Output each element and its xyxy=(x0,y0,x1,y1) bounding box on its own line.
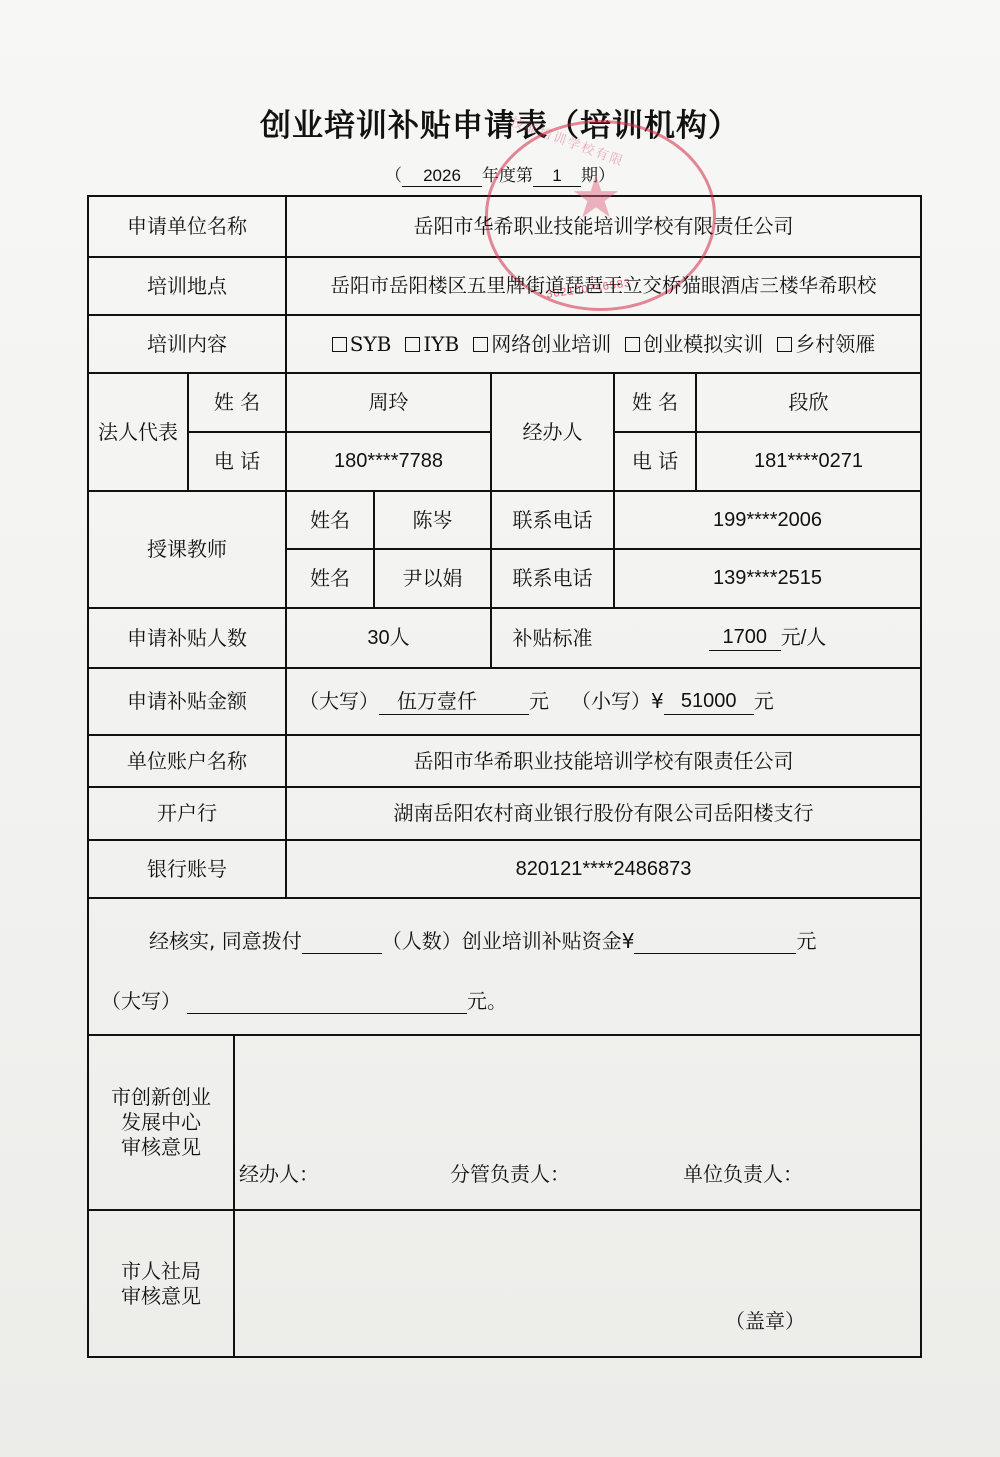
center-review-unit-head: 单位负责人： xyxy=(683,1162,803,1187)
account-number-label: 银行账号 xyxy=(89,841,285,897)
center-review-supervisor: 分管负责人： xyxy=(450,1162,570,1187)
subsidy-standard-label: 补贴标准 xyxy=(492,609,613,667)
legal-rep-phone: 180****7788 xyxy=(287,433,490,490)
approval-upper-amount-field[interactable] xyxy=(187,995,467,1014)
option-online-training[interactable]: 网络创业培训 xyxy=(473,332,611,357)
period-suffix: 期） xyxy=(581,166,615,186)
handler-phone: 181****0271 xyxy=(697,433,920,490)
option-simulation-training[interactable]: 创业模拟实训 xyxy=(625,332,763,357)
training-location-value: 岳阳市岳阳楼区五里牌街道琵琶王立交桥猫眼酒店三楼华希职校 xyxy=(287,258,920,314)
teacher-1-name: 陈岑 xyxy=(375,492,490,548)
period-line: （2026年度第1期） xyxy=(0,161,1000,187)
bank-value: 湖南岳阳农村商业银行股份有限公司岳阳楼支行 xyxy=(287,788,920,839)
period-year-suffix: 年度第 xyxy=(482,166,533,186)
subsidy-standard-unit: 元/人 xyxy=(781,626,827,651)
subsidy-count-label: 申请补贴人数 xyxy=(89,609,285,667)
training-content-options: SYB IYB 网络创业培训 创业模拟实训 乡村领雁 xyxy=(287,316,920,372)
teacher-2-phone: 139****2515 xyxy=(615,550,920,607)
applicant-name-value: 岳阳市华希职业技能培训学校有限责任公司 xyxy=(287,197,920,256)
legal-rep-name: 周玲 xyxy=(287,374,490,431)
period-year: 2026 xyxy=(402,166,482,187)
handler-label: 经办人 xyxy=(492,374,613,490)
period-issue: 1 xyxy=(533,166,581,187)
hrss-review-label: 市人社局 审核意见 xyxy=(89,1211,233,1356)
handler-name: 段欣 xyxy=(697,374,920,431)
subsidy-count-value: 30人 xyxy=(287,609,490,667)
subsidy-amount-value: （大写） 伍万壹仟 元 （小写）¥ 51000 元 xyxy=(287,669,920,734)
approval-line-2: （大写）元。 xyxy=(101,989,507,1014)
table-border-bottom xyxy=(87,1356,922,1358)
hrss-review-area[interactable]: （盖章） xyxy=(235,1211,920,1356)
subsidy-standard-value: 1700元/人 xyxy=(615,609,920,667)
account-name-value: 岳阳市华希职业技能培训学校有限责任公司 xyxy=(287,736,920,786)
teacher-1-name-label: 姓名 xyxy=(287,492,373,548)
table-border-right xyxy=(920,195,922,1358)
option-syb[interactable]: SYB xyxy=(332,332,392,357)
checkbox-icon[interactable] xyxy=(405,337,420,352)
teachers-label: 授课教师 xyxy=(89,492,285,607)
teacher-2-name: 尹以娟 xyxy=(375,550,490,607)
legal-rep-name-label: 姓 名 xyxy=(189,374,285,431)
option-rural-leader[interactable]: 乡村领雁 xyxy=(777,332,875,357)
approval-line-1: 经核实, 同意拨付（人数）创业培训补贴资金¥元 xyxy=(149,929,816,954)
teacher-2-name-label: 姓名 xyxy=(287,550,373,607)
training-location-label: 培训地点 xyxy=(89,258,285,314)
center-review-label: 市创新创业 发展中心 审核意见 xyxy=(89,1036,233,1209)
page-title: 创业培训补贴申请表（培训机构） xyxy=(0,100,1000,145)
teacher-2-phone-label: 联系电话 xyxy=(492,550,613,607)
legal-rep-label: 法人代表 xyxy=(89,374,187,490)
account-number-value: 820121****2486873 xyxy=(287,841,920,897)
checkbox-icon[interactable] xyxy=(473,337,488,352)
approval-count-field[interactable] xyxy=(302,935,382,954)
amount-upper-value: 伍万壹仟 xyxy=(379,689,529,715)
applicant-name-label: 申请单位名称 xyxy=(89,197,285,256)
teacher-1-phone: 199****2006 xyxy=(615,492,920,548)
amount-upper-label: （大写） xyxy=(299,689,379,714)
teacher-1-phone-label: 联系电话 xyxy=(492,492,613,548)
handler-name-label: 姓 名 xyxy=(615,374,695,431)
amount-lower-unit: 元 xyxy=(754,689,774,714)
amount-lower-label: （小写）¥ xyxy=(571,689,664,714)
center-review-area[interactable]: 经办人： 分管负责人： 单位负责人： xyxy=(235,1036,920,1209)
subsidy-standard-amount: 1700 xyxy=(709,625,781,651)
account-name-label: 单位账户名称 xyxy=(89,736,285,786)
training-content-label: 培训内容 xyxy=(89,316,285,372)
legal-rep-phone-label: 电 话 xyxy=(189,433,285,490)
option-iyb[interactable]: IYB xyxy=(405,332,459,357)
approval-section: 经核实, 同意拨付（人数）创业培训补贴资金¥元 （大写）元。 xyxy=(89,899,920,1034)
checkbox-icon[interactable] xyxy=(332,337,347,352)
hrss-seal-label: （盖章） xyxy=(725,1309,805,1334)
amount-upper-unit: 元 xyxy=(529,689,549,714)
bank-label: 开户行 xyxy=(89,788,285,839)
checkbox-icon[interactable] xyxy=(777,337,792,352)
period-prefix: （ xyxy=(385,166,402,186)
amount-lower-value: 51000 xyxy=(664,689,754,715)
subsidy-amount-label: 申请补贴金额 xyxy=(89,669,285,734)
handler-phone-label: 电 话 xyxy=(615,433,695,490)
checkbox-icon[interactable] xyxy=(625,337,640,352)
center-review-handler: 经办人： xyxy=(239,1162,319,1187)
approval-amount-field[interactable] xyxy=(634,935,796,954)
